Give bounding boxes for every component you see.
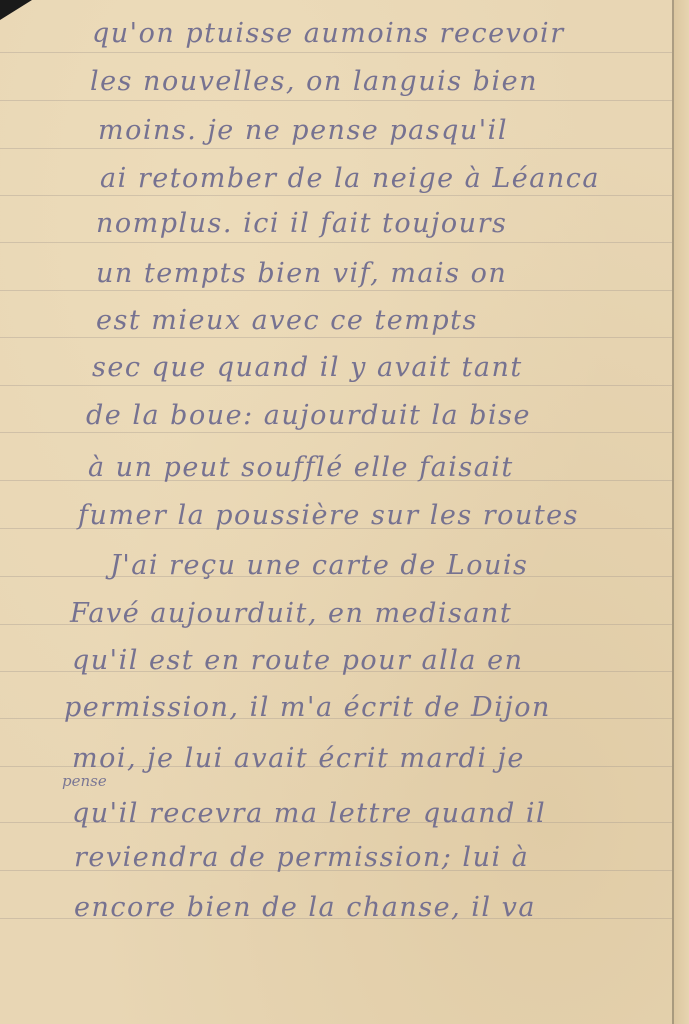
ruled-line (0, 52, 672, 53)
margin-annotation: pense (62, 772, 107, 790)
text-line: fumer la poussière sur les routes (78, 500, 579, 531)
ruled-line (0, 337, 672, 338)
text-line: est mieux avec ce tempts (96, 305, 478, 336)
ruled-line (0, 290, 672, 291)
text-line: Favé aujourduit, en medisant (70, 598, 512, 629)
text-line: reviendra de permission; lui à (74, 842, 529, 873)
ruled-line (0, 242, 672, 243)
text-line: nomplus. ici il fait toujours (96, 208, 507, 239)
text-line: de la boue: aujourduit la bise (86, 400, 531, 431)
text-line: J'ai reçu une carte de Louis (110, 550, 528, 581)
ruled-line (0, 100, 672, 101)
ruled-line (0, 385, 672, 386)
text-line: encore bien de la chanse, il va (74, 892, 536, 923)
text-line: sec que quand il y avait tant (92, 352, 523, 383)
text-line: qu'on ptuisse aumoins recevoir (92, 18, 565, 49)
torn-corner (0, 0, 32, 20)
text-line: à un peut soufflé elle faisait (88, 452, 514, 483)
text-line: ai retomber de la neige à Léanca (100, 163, 600, 194)
text-line: moins. je ne pense pasqu'il (98, 115, 508, 146)
text-line: un tempts bien vif, mais on (96, 258, 507, 289)
text-line: qu'il recevra ma lettre quand il (72, 798, 546, 829)
ruled-line (0, 195, 672, 196)
ruled-line (0, 148, 672, 149)
text-line: les nouvelles, on languis bien (90, 66, 538, 97)
text-line: permission, il m'a écrit de Dijon (64, 692, 551, 723)
text-line: qu'il est en route pour alla en (72, 645, 523, 676)
text-line: moi, je lui avait écrit mardi je (72, 743, 525, 774)
ruled-line (0, 432, 672, 433)
letter-page: qu'on ptuisse aumoins recevoir les nouve… (0, 0, 689, 1024)
page-edge (674, 0, 689, 1024)
